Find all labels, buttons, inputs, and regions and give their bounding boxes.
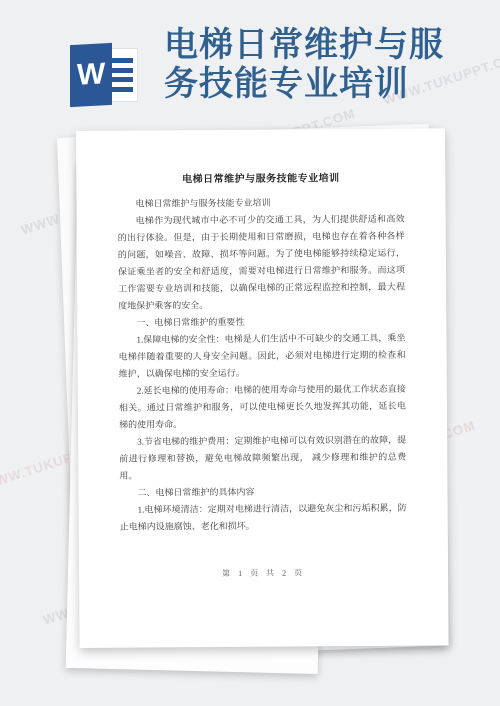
paragraph: 一、电梯日常维护的重要性: [118, 313, 405, 332]
word-icon: W: [70, 44, 138, 106]
header: W 电梯日常维护与服 务技能专业培训: [0, 0, 500, 120]
page-title-line2: 务技能专业培训: [164, 65, 464, 104]
word-icon-letter: W: [77, 59, 105, 90]
paragraph: 1.电梯环境清洁：定期对电梯进行清洁，以避免灰尘和污垢积累，防止电梯内设施腐蚀、…: [120, 500, 407, 536]
paragraph: 1.保障电梯的安全性：电梯是人们生活中不可缺少的交通工具，乘坐电梯伴随着重要的人…: [118, 330, 405, 383]
word-icon-panel: W: [70, 43, 112, 107]
document-title: 电梯日常维护与服务技能专业培训: [117, 169, 404, 186]
paragraph: 二、电梯日常维护的具体内容: [119, 483, 406, 502]
document-page: 电梯日常维护与服务技能专业培训 电梯日常维护与服务技能专业培训电梯作为现代城市中…: [76, 128, 449, 648]
paragraph: 电梯日常维护与服务技能专业培训: [117, 194, 404, 213]
page-title-line1: 电梯日常维护与服: [164, 26, 464, 65]
paragraph: 2.延长电梯的使用寿命：电梯的使用寿命与使用的最优工作状态直接相关。通过日常维护…: [119, 381, 406, 434]
page-number-footer: 第 1 页 共 2 页: [79, 566, 448, 580]
paragraph: 3.节省电梯的维护费用：定期维护电梯可以有效识别潜在的故障，提前进行修理和替换，…: [119, 432, 406, 485]
page-background: WWW.TUKUPPT.COM WWW.TUKUPPT.COM WWW.TUKU…: [0, 0, 500, 706]
paragraph: 电梯作为现代城市中必不可少的交通工具，为人们提供舒适和高效的出行体验。但是，由于…: [118, 211, 406, 315]
page-title: 电梯日常维护与服 务技能专业培训: [164, 26, 464, 104]
document-paragraphs: 电梯日常维护与服务技能专业培训电梯作为现代城市中必不可少的交通工具，为人们提供舒…: [117, 194, 406, 536]
